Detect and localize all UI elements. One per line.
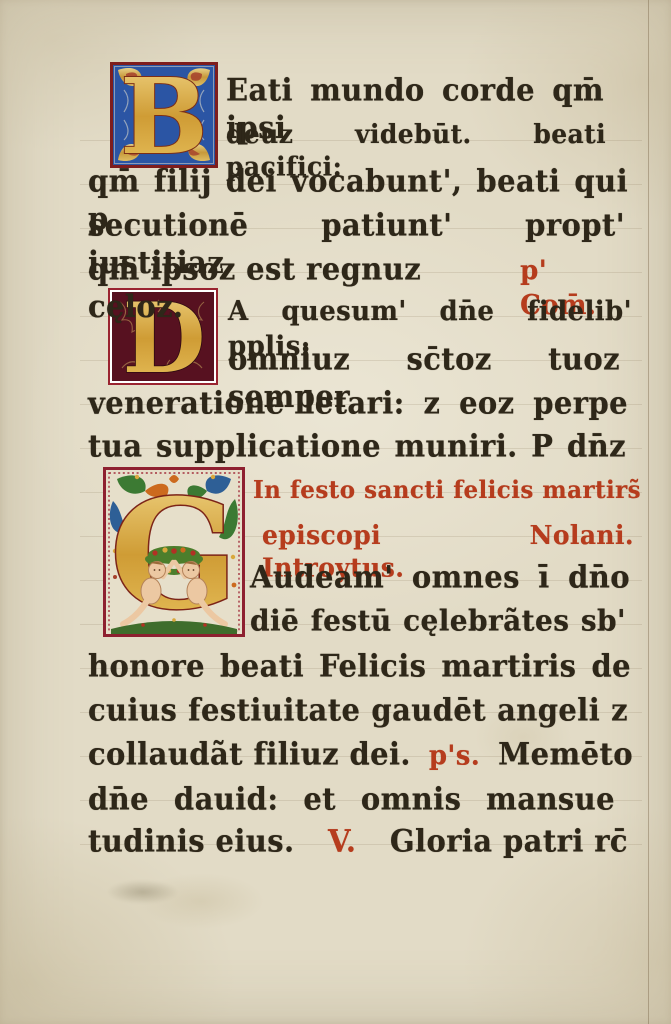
text-segment: Gloria patri rc̄ — [390, 822, 628, 860]
rubric-mark: p's. — [429, 739, 480, 773]
page-edge-line — [648, 0, 649, 1024]
text-line: dn̄e dauid: et omnis mansue — [88, 780, 615, 818]
text-line: tua supplicatione muniri. P dn̄z — [88, 427, 626, 465]
manuscript-page: B D — [0, 0, 671, 1024]
illuminated-initial-B: B — [110, 62, 218, 168]
ink-smudge — [95, 876, 190, 908]
text-line: collaudãt filiuz dei. p's. Memēto — [88, 735, 633, 773]
text-line: veneratione letari: z eoz perpe — [88, 384, 628, 422]
text-line: diē festū cęlebrãtes sb' — [250, 602, 626, 639]
initial-b-art: B — [110, 62, 218, 168]
illuminated-initial-G: G — [103, 467, 245, 637]
rubric-mark: V. — [328, 822, 356, 860]
text-segment: tudinis eius. — [88, 822, 294, 860]
initial-g-art: G — [103, 467, 245, 637]
text-line: honore beati Felicis martiris de — [88, 647, 631, 685]
text-line: Audeam' omnes ī dn̄o — [250, 558, 630, 596]
text-segment: collaudãt filiuz dei. — [88, 735, 411, 773]
text-segment: Memēto — [498, 735, 633, 773]
initial-b-letter: B — [120, 62, 208, 168]
text-line: tudinis eius. V. Gloria patri rc̄ — [88, 822, 628, 860]
rubric-line: In festo sancti felicis martirs̃ — [253, 476, 641, 506]
text-line: cuius festiuitate gaudēt angeli z — [88, 691, 628, 729]
